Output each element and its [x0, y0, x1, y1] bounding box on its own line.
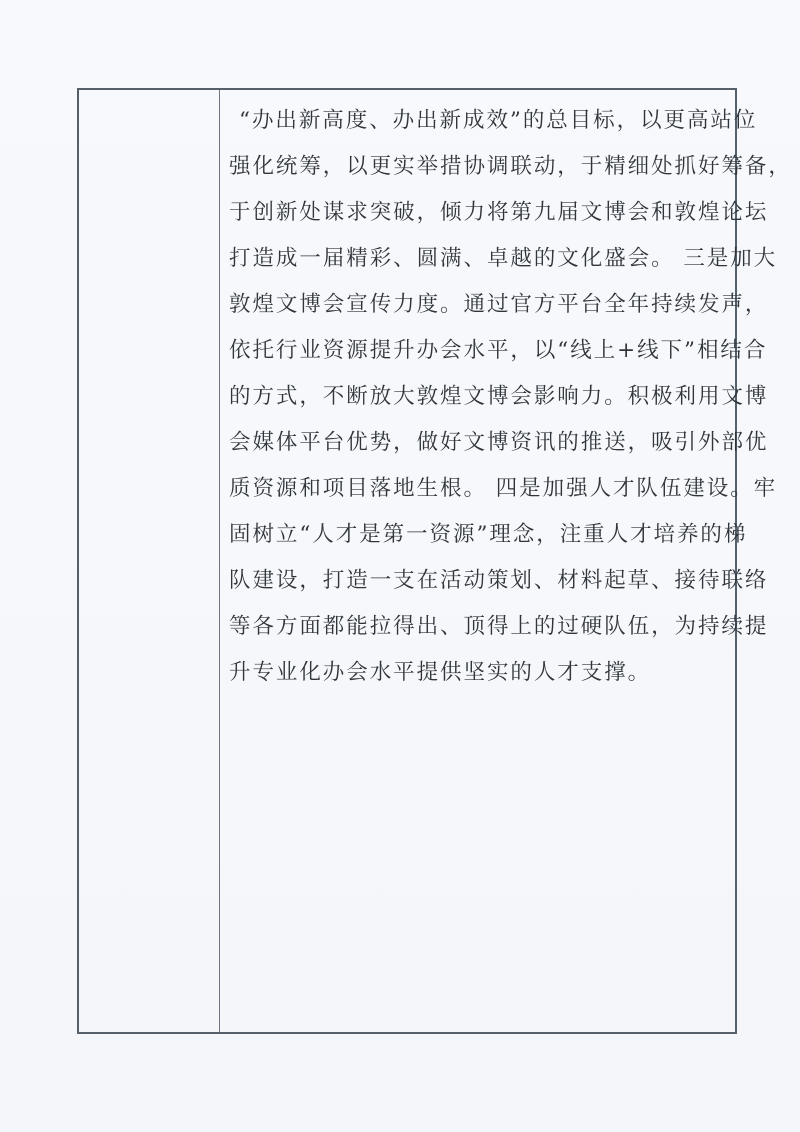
text-line: 质资源和项目落地生根。 四是加强人才队伍建设。牢 — [229, 466, 729, 512]
text-line: 的方式，不断放大敦煌文博会影响力。积极利用文博 — [229, 374, 729, 420]
paragraph-body: “办出新高度、办出新成效”的总目标，以更高站位 强化统筹，以更实举措协调联动，于… — [229, 98, 729, 696]
text-line: “办出新高度、办出新成效”的总目标，以更高站位 — [229, 98, 729, 144]
table-right-cell: “办出新高度、办出新成效”的总目标，以更高站位 强化统筹，以更实举措协调联动，于… — [220, 90, 735, 1032]
text-line: 升专业化办会水平提供坚实的人才支撑。 — [229, 650, 729, 696]
text-line: 依托行业资源提升办会水平，以“线上+线下”相结合 — [229, 328, 729, 374]
text-line: 敦煌文博会宣传力度。通过官方平台全年持续发声， — [229, 282, 729, 328]
text-line: 于创新处谋求突破，倾力将第九届文博会和敦煌论坛 — [229, 190, 729, 236]
text-line: 会媒体平台优势，做好文博资讯的推送，吸引外部优 — [229, 420, 729, 466]
text-line: 强化统筹，以更实举措协调联动，于精细处抓好筹备， — [229, 144, 729, 190]
document-page: “办出新高度、办出新成效”的总目标，以更高站位 强化统筹，以更实举措协调联动，于… — [0, 0, 800, 1132]
text-line: 固树立“人才是第一资源”理念，注重人才培养的梯 — [229, 512, 729, 558]
text-line: 队建设，打造一支在活动策划、材料起草、接待联络 — [229, 558, 729, 604]
text-line: 打造成一届精彩、圆满、卓越的文化盛会。 三是加大 — [229, 236, 729, 282]
text-line: 等各方面都能拉得出、顶得上的过硬队伍，为持续提 — [229, 604, 729, 650]
table-left-cell — [79, 90, 220, 1032]
document-table: “办出新高度、办出新成效”的总目标，以更高站位 强化统筹，以更实举措协调联动，于… — [77, 88, 737, 1034]
